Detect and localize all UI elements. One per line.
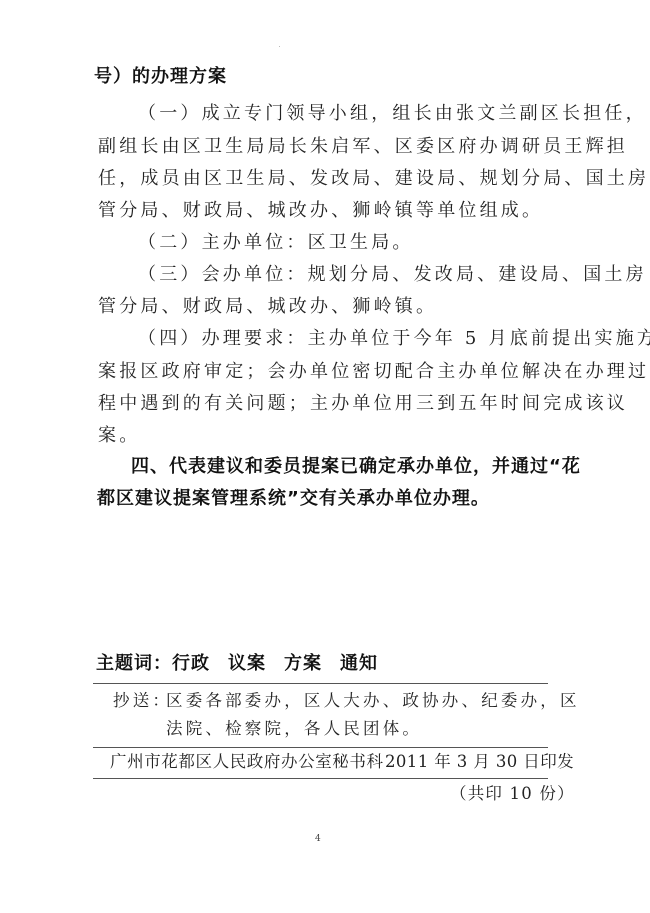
cc-line-2: 法院、检察院，各人民团体。 bbox=[166, 718, 422, 740]
item-4-line-3: 程中遇到的有关问题；主办单位用三到五年时间完成该议 bbox=[98, 393, 628, 415]
item-1-line-3: 任，成员由区卫生局、发改局、建设局、规划分局、国土房 bbox=[98, 168, 649, 190]
heading-tail: 号）的办理方案 bbox=[94, 66, 227, 88]
divider-bottom bbox=[93, 778, 548, 779]
section-4-line-1: 四、代表建议和委员提案已确定承办单位，并通过“花 bbox=[131, 456, 581, 478]
subject-word: 方案 bbox=[284, 653, 322, 674]
item-1-line-2: 副组长由区卫生局局长朱启军、区委区府办调研员王辉担 bbox=[98, 136, 628, 158]
issuer-office: 广州市花都区人民政府办公室秘书科 bbox=[110, 751, 384, 773]
cc-label: 抄送： bbox=[113, 690, 172, 712]
divider-top bbox=[93, 683, 548, 684]
item-4-line-1: （四）办理要求：主办单位于今年 5 月底前提出实施方 bbox=[138, 328, 650, 350]
item-4-line-4: 案。 bbox=[98, 425, 140, 447]
subject-word: 通知 bbox=[340, 653, 378, 674]
subject-word: 行政 bbox=[172, 653, 210, 674]
item-3-line-1: （三）会办单位：规划分局、发改局、建设局、国土房 bbox=[138, 264, 647, 286]
subject-words-label: 主题词： bbox=[96, 653, 172, 674]
divider-middle bbox=[93, 747, 548, 748]
item-1-line-4: 管分局、财政局、城改办、狮岭镇等单位组成。 bbox=[98, 200, 543, 222]
issuer-date: 2011 年 3 月 30 日印发 bbox=[385, 751, 574, 773]
item-4-line-2: 案报区政府审定；会办单位密切配合主办单位解决在办理过 bbox=[98, 361, 649, 383]
cc-line-1: 区委各部委办，区人大办、政协办、纪委办，区 bbox=[166, 690, 580, 712]
document-page: 号）的办理方案 （一）成立专门领导小组，组长由张文兰副区长担任， 副组长由区卫生… bbox=[0, 0, 650, 913]
subject-word: 议案 bbox=[228, 653, 266, 674]
item-2-line-1: （二）主办单位：区卫生局。 bbox=[138, 232, 414, 254]
subject-words-row: 主题词：行政议案方案通知 bbox=[96, 653, 378, 675]
section-4-line-2: 都区建议提案管理系统”交有关承办单位办理。 bbox=[97, 488, 490, 510]
copies-count: （共印 10 份） bbox=[450, 783, 575, 805]
page-number: 4 bbox=[315, 834, 321, 844]
item-1-line-1: （一）成立专门领导小组，组长由张文兰副区长担任， bbox=[138, 103, 647, 125]
scan-speck bbox=[279, 46, 280, 47]
item-3-line-2: 管分局、财政局、城改办、狮岭镇。 bbox=[98, 296, 437, 318]
